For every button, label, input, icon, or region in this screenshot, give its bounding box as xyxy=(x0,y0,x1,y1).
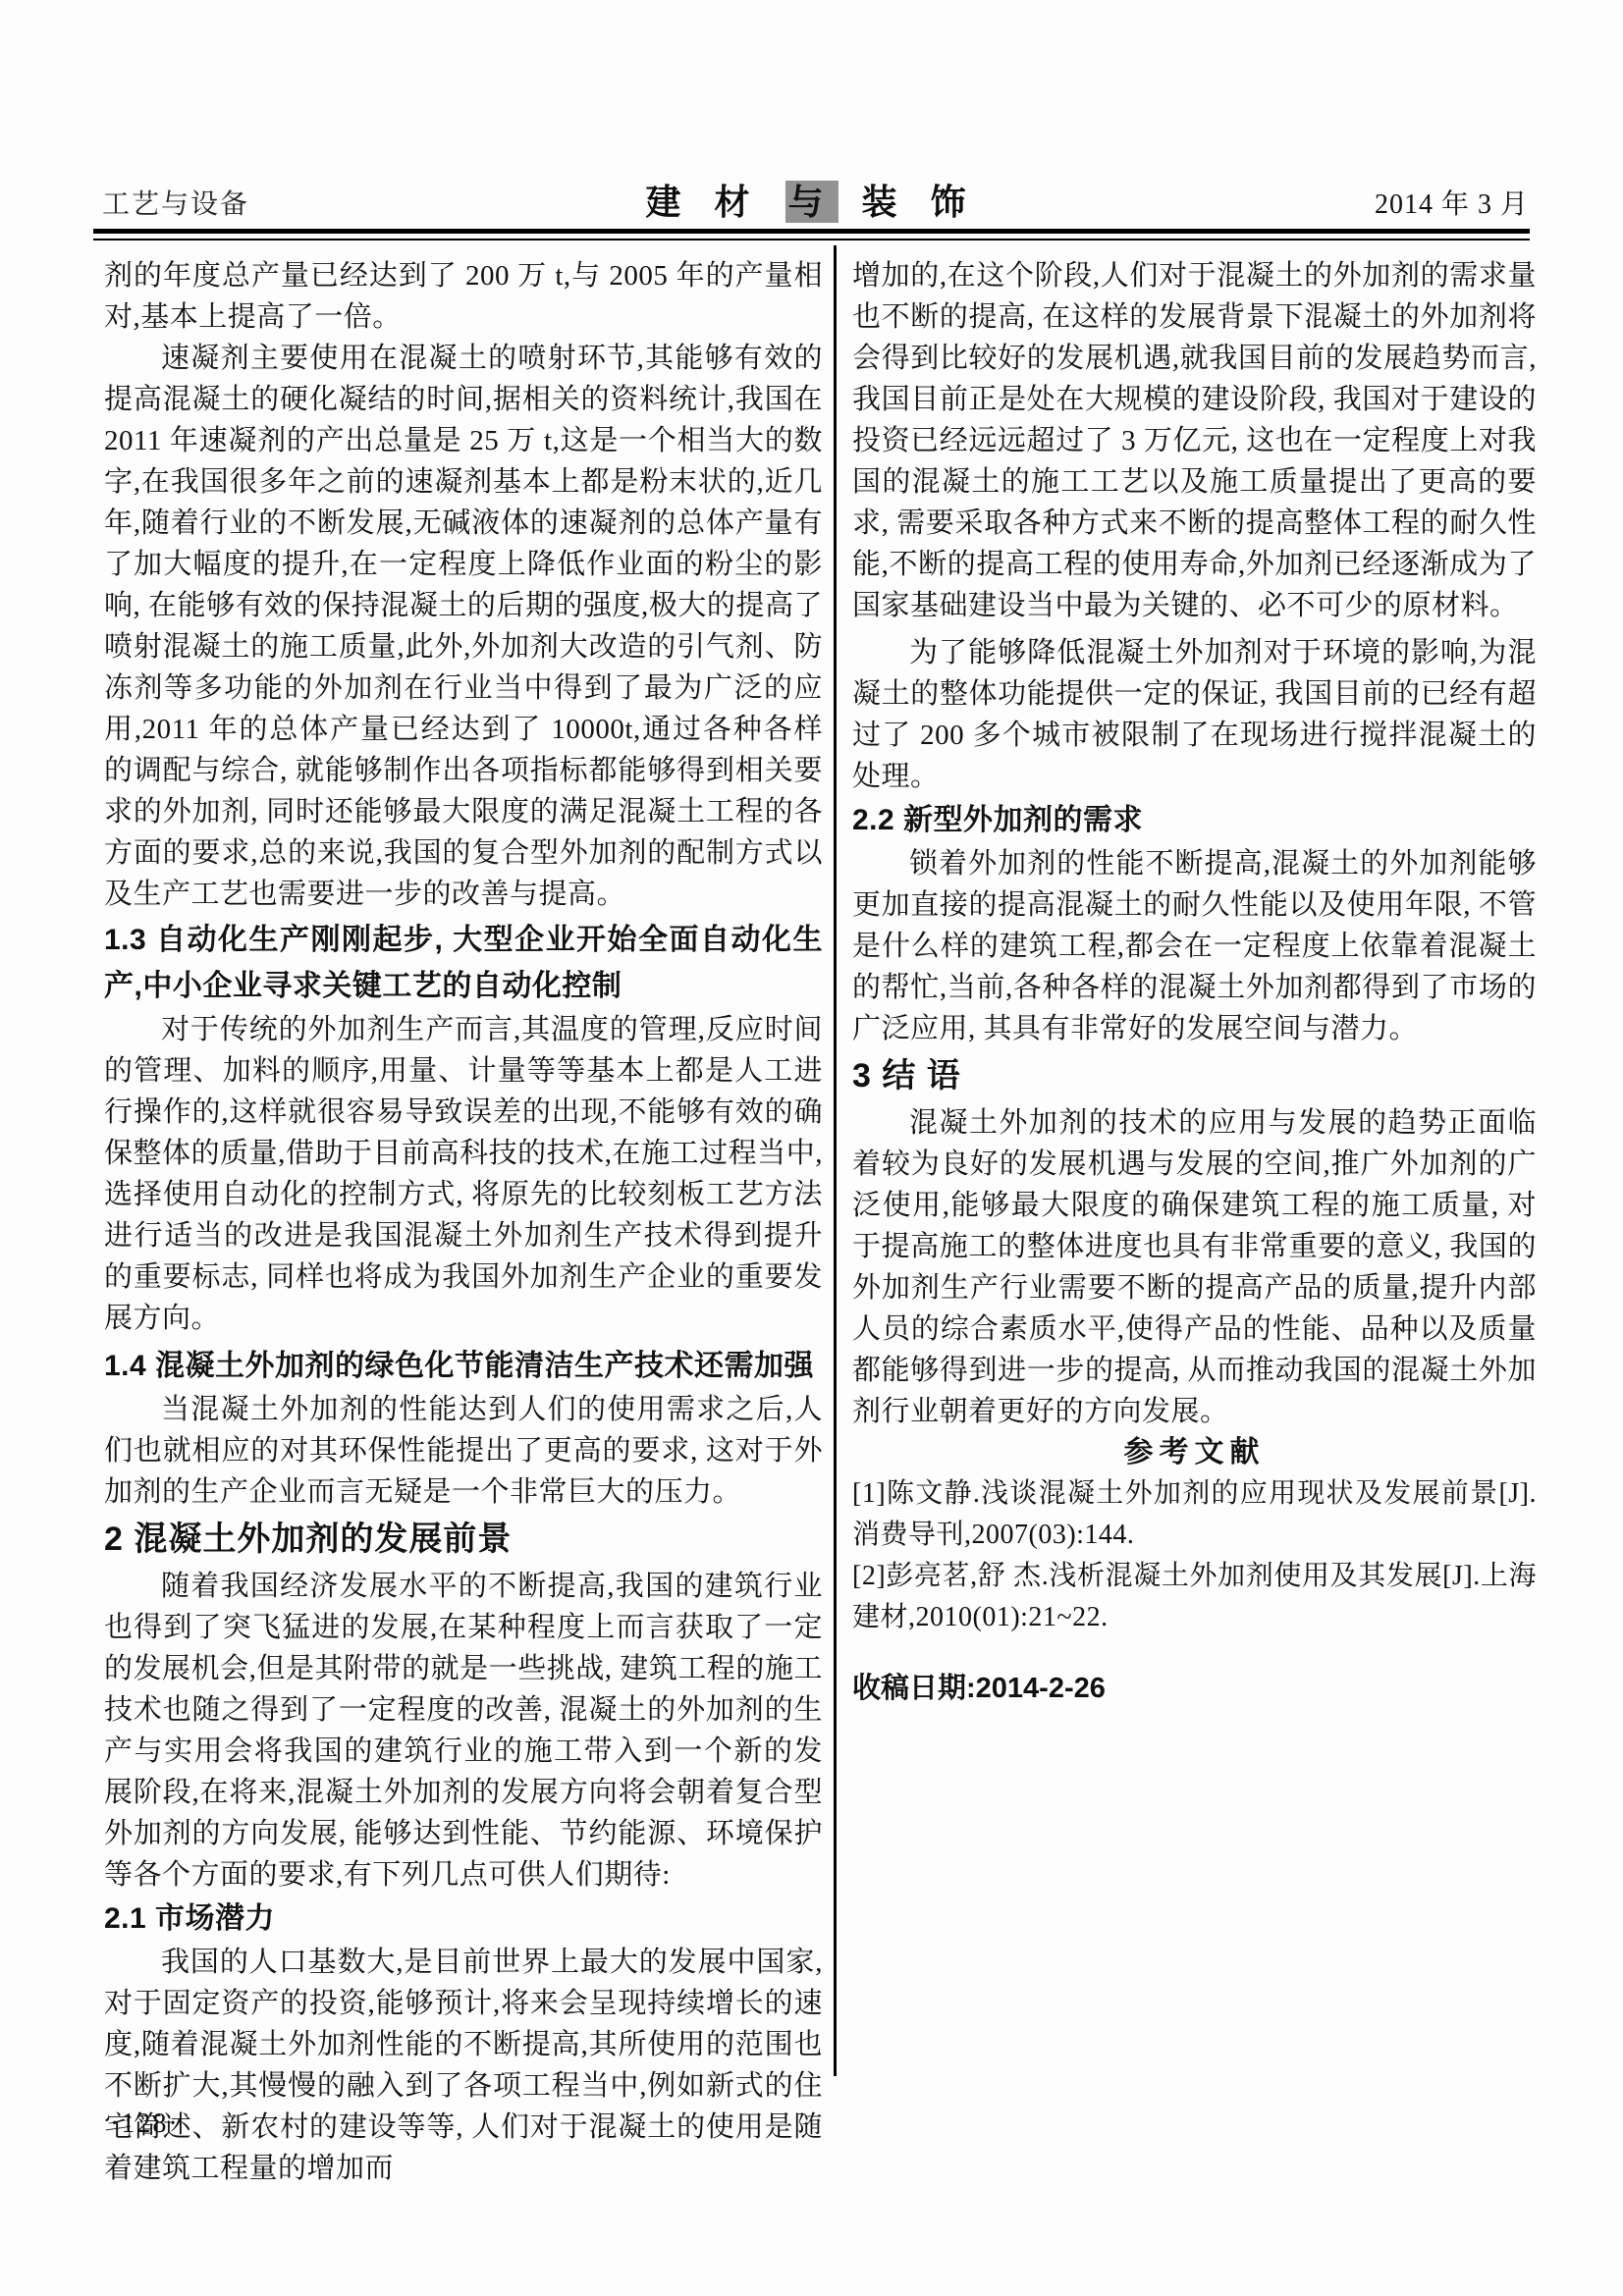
paragraph: 锁着外加剂的性能不断提高,混凝土的外加剂能够更加直接的提高混凝土的耐久性能以及使… xyxy=(852,843,1537,1049)
right-column: 增加的,在这个阶段,人们对于混凝土的外加剂的需求量也不断的提高, 在这样的发展背… xyxy=(852,255,1537,1709)
section-heading-2: 2 混凝土外加剂的发展前景 xyxy=(104,1513,823,1566)
section-heading-2-2: 2.2 新型外加剂的需求 xyxy=(852,797,1537,843)
paragraph: 我国的人口基数大,是目前世界上最大的发展中国家,对于固定资产的投资,能够预计,将… xyxy=(104,1942,823,2189)
paragraph: 速凝剂主要使用在混凝土的喷射环节,其能够有效的提高混凝土的硬化凝结的时间,据相关… xyxy=(104,338,823,915)
section-heading-1-3: 1.3 自动化生产刚刚起步, 大型企业开始全面自动化生产,中小企业寻求关键工艺的… xyxy=(104,917,823,1009)
paragraph: 剂的年度总产量已经达到了 200 万 t,与 2005 年的产量相对,基本上提高… xyxy=(104,255,823,338)
reference-item-1: [1]陈文静.浅谈混凝土外加剂的应用现状及发展前景[J].消费导刊,2007(0… xyxy=(852,1473,1537,1556)
paragraph: 为了能够降低混凝土外加剂对于环境的影响,为混凝土的整体功能提供一定的保证, 我国… xyxy=(852,632,1537,797)
paragraph: 增加的,在这个阶段,人们对于混凝土的外加剂的需求量也不断的提高, 在这样的发展背… xyxy=(852,255,1537,626)
header-issue-date: 2014 年 3 月 xyxy=(1375,183,1529,222)
journal-logo: 建 材 与 装 饰 xyxy=(645,175,977,225)
journal-page: 工艺与设备 建 材 与 装 饰 2014 年 3 月 剂的年度总产量已经达到了 … xyxy=(0,0,1623,2296)
references-title: 参考文献 xyxy=(852,1432,1537,1473)
header-rule-thick xyxy=(93,229,1530,234)
paragraph: 随着我国经济发展水平的不断提高,我国的建筑行业也得到了突飞猛进的发展,在某种程度… xyxy=(104,1566,823,1896)
section-heading-2-1: 2.1 市场潜力 xyxy=(104,1896,823,1942)
received-date: 收稿日期:2014-2-26 xyxy=(852,1668,1537,1709)
left-column: 剂的年度总产量已经达到了 200 万 t,与 2005 年的产量相对,基本上提高… xyxy=(104,255,823,2189)
column-divider xyxy=(834,245,837,2076)
header-rule-thin xyxy=(93,239,1530,240)
section-heading-1-4: 1.4 混凝土外加剂的绿色化节能清洁生产技术还需加强 xyxy=(104,1343,823,1389)
journal-logo-mid: 与 xyxy=(784,181,838,223)
paragraph: 当混凝土外加剂的性能达到人们的使用需求之后,人们也就相应的对其环保性能提出了更高… xyxy=(104,1389,823,1513)
paragraph: 对于传统的外加剂生产而言,其温度的管理,反应时间的管理、加料的顺序,用量、计量等… xyxy=(104,1009,823,1339)
section-heading-3: 3 结 语 xyxy=(852,1049,1537,1102)
header-section-label: 工艺与设备 xyxy=(102,183,249,222)
journal-logo-post: 装 饰 xyxy=(862,182,978,222)
journal-logo-pre: 建 材 xyxy=(645,182,761,222)
paragraph: 混凝土外加剂的技术的应用与发展的趋势正面临着较为良好的发展机遇与发展的空间,推广… xyxy=(852,1102,1537,1432)
page-number: ·128· xyxy=(110,2109,180,2140)
reference-item-2: [2]彭亮茗,舒 杰.浅析混凝土外加剂使用及其发展[J].上海建材,2010(0… xyxy=(852,1556,1537,1638)
